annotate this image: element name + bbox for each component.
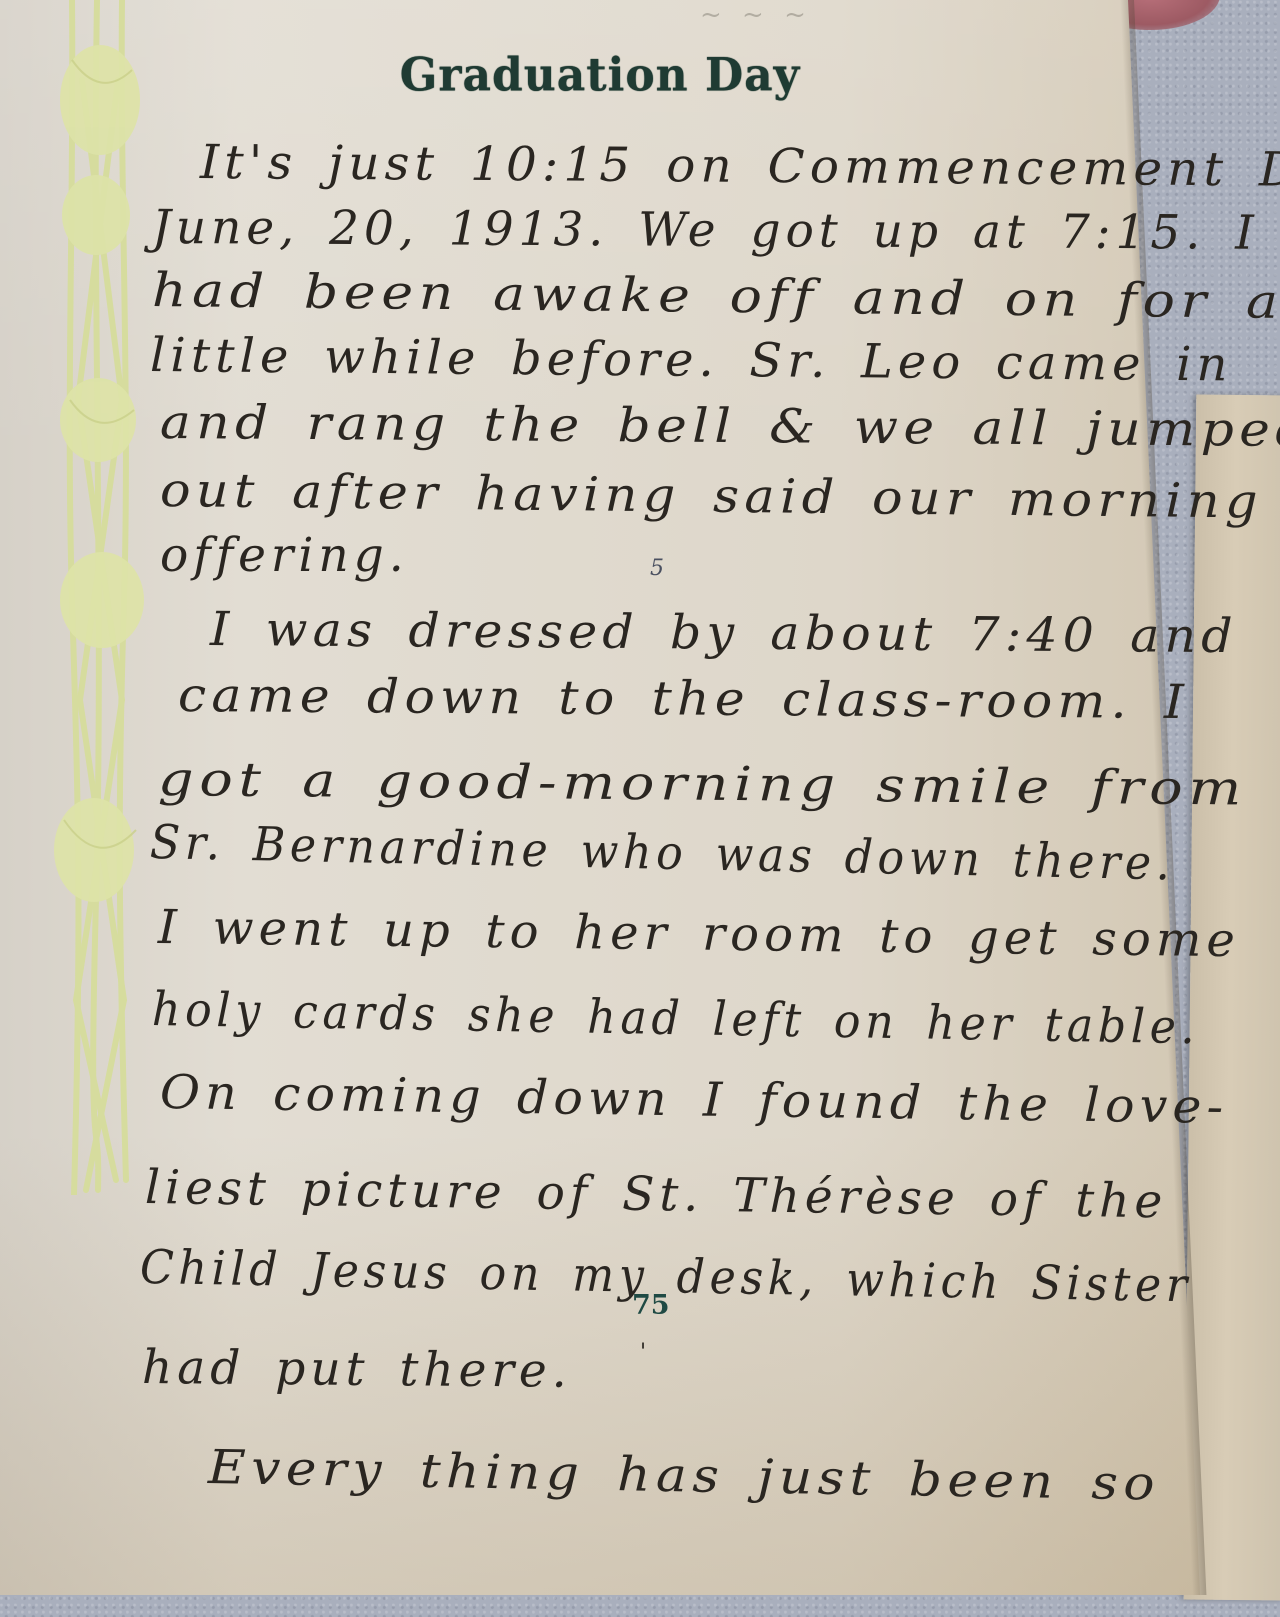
stray-mark: ' [640, 1340, 646, 1365]
handwritten-entry: It's just 10:15 on Commencement Day, Jun… [0, 0, 1280, 1617]
handwritten-line: June, 20, 1913. We got up at 7:15. I [152, 200, 1259, 261]
handwritten-line: came down to the class-room. I [178, 668, 1190, 730]
margin-mark: 5 [650, 556, 664, 581]
handwritten-line: It's just 10:15 on Commencement Day, [200, 135, 1280, 198]
page-number: 75 [632, 1290, 670, 1321]
handwritten-line: and rang the bell & we all jumped [160, 395, 1280, 458]
handwritten-line: had been awake off and on for a [152, 263, 1280, 330]
handwritten-line: holy cards she had left on her table. [152, 982, 1200, 1055]
handwritten-line: I was dressed by about 7:40 and [210, 602, 1238, 664]
handwritten-line: offering. [160, 528, 409, 583]
handwritten-line: out after having said our morning [160, 463, 1263, 530]
handwritten-line: Every thing has just been so [208, 1440, 1161, 1512]
handwritten-line: got a good-morning smile from [158, 752, 1248, 817]
handwritten-line: I went up to her room to get some [158, 900, 1241, 968]
handwritten-line: had put there. [142, 1340, 572, 1399]
handwritten-line: little while before. Sr. Leo came in [150, 328, 1233, 392]
handwritten-line: Sr. Bernardine who was down there. [149, 815, 1175, 891]
handwritten-line: liest picture of St. Thérèse of the [145, 1160, 1168, 1229]
handwritten-line: On coming down I found the love- [160, 1065, 1229, 1135]
